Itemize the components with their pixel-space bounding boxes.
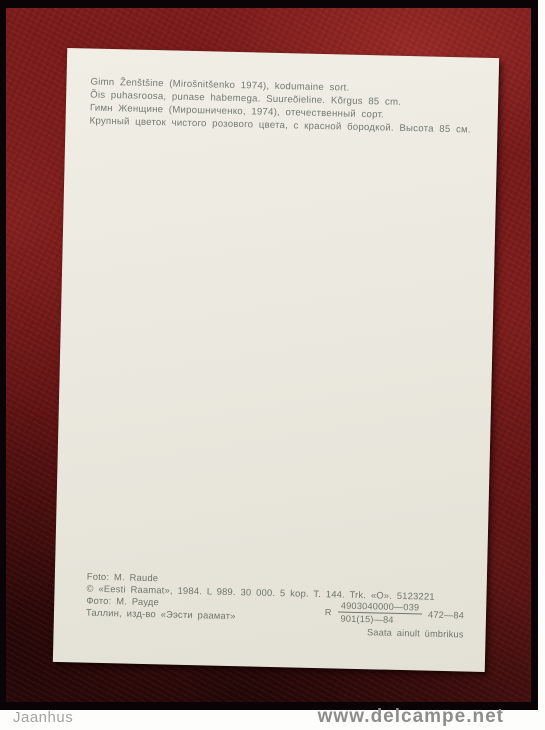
- envelope-only-note: Saata ainult ümbrikus: [324, 626, 463, 639]
- delcampe-watermark: www.delcampe.net: [318, 706, 504, 728]
- index-suffix: 472—84: [428, 609, 464, 620]
- variety-description-block: Gimn Ženštšine (Mirošnitšenko 1974), kod…: [89, 76, 471, 137]
- index-fraction: 4903040000—039 901(15)—84: [337, 601, 422, 626]
- print-index-block: R 4903040000—039 901(15)—84 472—84 Saata…: [324, 600, 464, 639]
- photo-black-frame: Gimn Ženštšine (Mirošnitšenko 1974), kod…: [0, 0, 538, 710]
- index-denominator: 901(15)—84: [337, 613, 422, 626]
- postcard-back: Gimn Ženštšine (Mirošnitšenko 1974), kod…: [53, 48, 499, 672]
- seller-watermark: Jaanhus: [13, 709, 73, 726]
- scanned-listing-image: Gimn Ženštšine (Mirošnitšenko 1974), kod…: [0, 0, 545, 730]
- index-prefix: R: [325, 607, 332, 617]
- print-index-row: R 4903040000—039 901(15)—84 472—84: [325, 600, 465, 626]
